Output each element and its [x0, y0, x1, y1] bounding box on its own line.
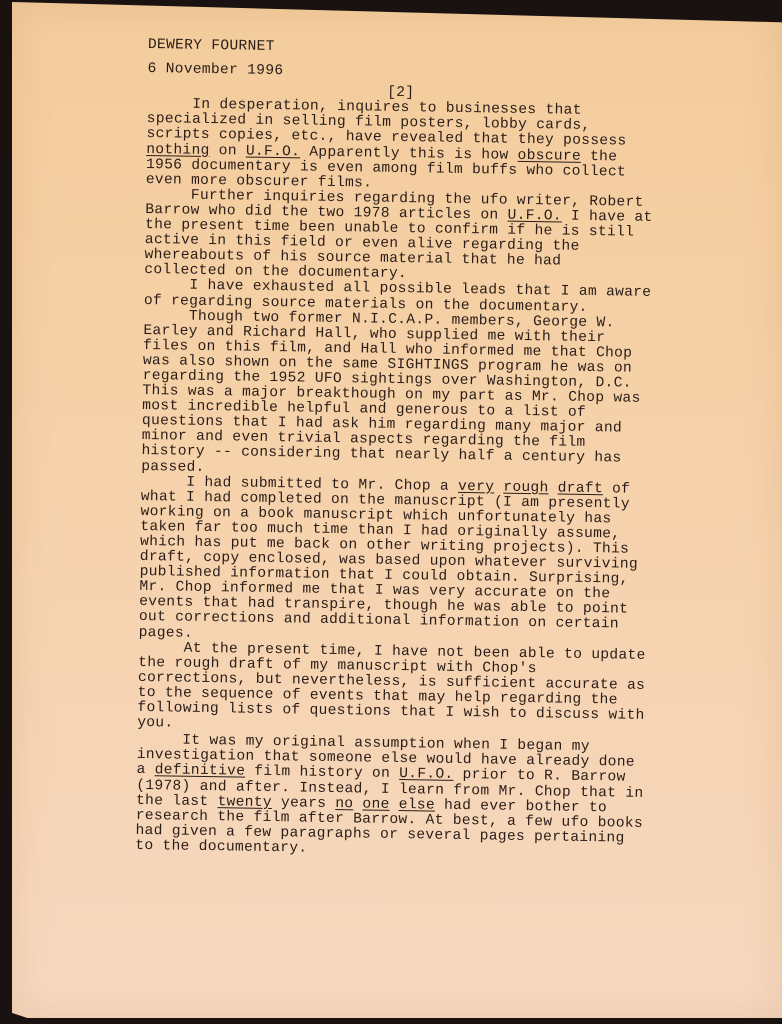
text-run: you. [137, 715, 173, 732]
paragraph: Though two former N.I.C.A.P. members, Ge… [141, 309, 674, 483]
text-run: to the documentary. [135, 838, 307, 857]
text-run [390, 796, 399, 812]
underlined-text: very [458, 479, 494, 496]
underlined-text: one [362, 796, 389, 812]
paragraph: At the present time, I have not been abl… [137, 641, 668, 740]
letter-body: In desperation, inquires to businesses t… [135, 97, 677, 862]
underlined-text: no [335, 796, 353, 812]
text-run [548, 480, 557, 496]
letter-date: 6 November 1996 [147, 62, 677, 85]
paragraph: I had submitted to Mr. Chop a very rough… [139, 475, 672, 649]
underlined-text: else [399, 797, 435, 814]
text-run: of [603, 481, 630, 497]
paragraph: Further inquiries regarding the ufo writ… [144, 188, 675, 287]
letter-text: DEWERY FOURNET 6 November 1996 [2] In de… [135, 38, 678, 862]
paragraph: It was my original assumption when I beg… [135, 733, 667, 862]
text-run: the [581, 148, 617, 165]
text-run: a [136, 762, 154, 778]
underlined-text: draft [558, 480, 604, 497]
photo-stage: DEWERY FOURNET 6 November 1996 [2] In de… [0, 0, 782, 1024]
underlined-text: rough [503, 479, 549, 496]
text-run: on [210, 143, 246, 160]
paragraph: In desperation, inquires to businesses t… [146, 97, 677, 196]
